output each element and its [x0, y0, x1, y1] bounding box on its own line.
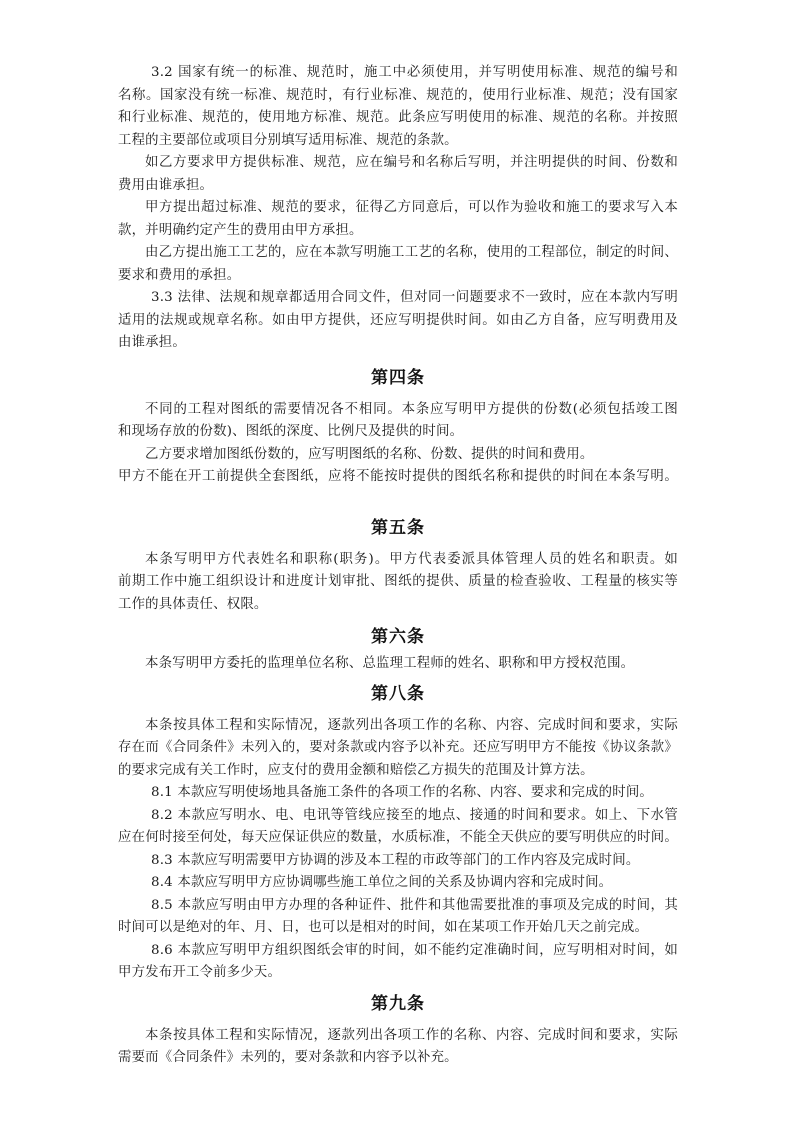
- text-line: 本条写明甲方代表姓名和职称(职务)。甲方代表委派具体管理人员的姓名和职责。如: [118, 549, 678, 572]
- text-line: 和现场存放的份数)、图纸的深度、比例尺及提供的时间。: [118, 421, 678, 444]
- article-4-body: 不同的工程对图纸的需要情况各不相同。本条应写明甲方提供的份数(必须包括竣工图 和…: [118, 399, 678, 489]
- paragraph-3-3: 3.3 法律、法规和规章都适用合同文件，但对同一问题要求不一致时，应在本款内写明…: [118, 287, 678, 355]
- article-8-heading: 第八条: [118, 681, 678, 707]
- text-line: 费用由谁承担。: [118, 175, 678, 198]
- text-line: 由谁承担。: [118, 332, 678, 355]
- document-page: 3.2 国家有统一的标准、规范时，施工中必须使用，并写明使用标准、规范的编号和 …: [118, 62, 678, 1070]
- paragraph: 本条写明甲方代表姓名和职称(职务)。甲方代表委派具体管理人员的姓名和职责。如 前…: [118, 549, 678, 617]
- text-line: 应在何时接至何处，每天应保证供应的数量，水质标准，不能全天供应的要写明供应的时间…: [118, 827, 678, 850]
- article-6-heading: 第六条: [118, 624, 678, 650]
- clause-8-4: 8.4 本款应写明甲方应协调哪些施工单位之间的关系及协调内容和完成时间。: [118, 872, 678, 895]
- text-line: 的要求完成有关工作时，应支付的费用金额和赔偿乙方损失的范围及计算方法。: [118, 760, 678, 783]
- paragraph: 不同的工程对图纸的需要情况各不相同。本条应写明甲方提供的份数(必须包括竣工图 和…: [118, 399, 678, 444]
- text-line: 8.2 本款应写明水、电、电讯等管线应接至的地点、接通的时间和要求。如上、下水管: [118, 805, 678, 828]
- text-line: 款，并明确约定产生的费用由甲方承担。: [118, 220, 678, 243]
- text-line: 工作的具体责任、权限。: [118, 594, 678, 617]
- article-9-body: 本条按具体工程和实际情况，逐款列出各项工作的名称、内容、完成时间和要求，实际 需…: [118, 1025, 678, 1070]
- clause-8-6: 8.6 本款应写明甲方组织图纸会审的时间，如不能约定准确时间，应写明相对时间，如…: [118, 940, 678, 985]
- text-line: 要求和费用的承担。: [118, 265, 678, 288]
- paragraph: 本条按具体工程和实际情况，逐款列出各项工作的名称、内容、完成时间和要求，实际 存…: [118, 715, 678, 783]
- text-line: 名称。国家没有统一标准、规范时，有行业标准、规范的，使用行业标准、规范；没有国家: [118, 85, 678, 108]
- text-line: 8.3 本款应写明需要甲方协调的涉及本工程的市政等部门的工作内容及完成时间。: [118, 850, 678, 873]
- paragraph-request-standards: 如乙方要求甲方提供标准、规范，应在编号和名称后写明，并注明提供的时间、份数和 费…: [118, 152, 678, 197]
- paragraph: 本条写明甲方委托的监理单位名称、总监理工程师的姓名、职称和甲方授权范围。: [118, 653, 678, 676]
- text-line: 3.3 法律、法规和规章都适用合同文件，但对同一问题要求不一致时，应在本款内写明: [118, 287, 678, 310]
- text-line: 甲方提出超过标准、规范的要求，征得乙方同意后，可以作为验收和施工的要求写入本: [118, 197, 678, 220]
- text-line: 存在而《合同条件》未列入的，要对条款或内容予以补充。还应写明甲方不能按《协议条款…: [118, 737, 678, 760]
- text-line: 需要而《合同条件》未列的，要对条款和内容予以补充。: [118, 1047, 678, 1070]
- paragraph: 乙方要求增加图纸份数的，应写明图纸的名称、份数、提供的时间和费用。: [118, 444, 678, 467]
- text-line: 如乙方要求甲方提供标准、规范，应在编号和名称后写明，并注明提供的时间、份数和: [118, 152, 678, 175]
- text-line: 8.6 本款应写明甲方组织图纸会审的时间，如不能约定准确时间，应写明相对时间，如: [118, 940, 678, 963]
- paragraph: 甲方不能在开工前提供全套图纸，应将不能按时提供的图纸名称和提供的时间在本条写明。: [118, 466, 678, 489]
- article-5-heading: 第五条: [118, 515, 678, 541]
- clause-8-1: 8.1 本款应写明使场地具备施工条件的各项工作的名称、内容、要求和完成的时间。: [118, 782, 678, 805]
- text-line: 本条写明甲方委托的监理单位名称、总监理工程师的姓名、职称和甲方授权范围。: [118, 653, 678, 676]
- section-3-continued: 3.2 国家有统一的标准、规范时，施工中必须使用，并写明使用标准、规范的编号和 …: [118, 62, 678, 355]
- paragraph: 本条按具体工程和实际情况，逐款列出各项工作的名称、内容、完成时间和要求，实际 需…: [118, 1025, 678, 1070]
- text-line: 和行业标准、规范的，使用地方标准、规范。此条应写明使用的标准、规范的名称。并按照: [118, 107, 678, 130]
- text-line: 本条按具体工程和实际情况，逐款列出各项工作的名称、内容、完成时间和要求，实际: [118, 1025, 678, 1048]
- text-line: 3.2 国家有统一的标准、规范时，施工中必须使用，并写明使用标准、规范的编号和: [118, 62, 678, 85]
- text-line: 甲方不能在开工前提供全套图纸，应将不能按时提供的图纸名称和提供的时间在本条写明。: [118, 466, 678, 489]
- text-line: 本条按具体工程和实际情况，逐款列出各项工作的名称、内容、完成时间和要求，实际: [118, 715, 678, 738]
- text-line: 8.5 本款应写明由甲方办理的各种证件、批件和其他需要批准的事项及完成的时间，其: [118, 895, 678, 918]
- clause-8-5: 8.5 本款应写明由甲方办理的各种证件、批件和其他需要批准的事项及完成的时间，其…: [118, 895, 678, 940]
- article-9-heading: 第九条: [118, 991, 678, 1017]
- article-6-body: 本条写明甲方委托的监理单位名称、总监理工程师的姓名、职称和甲方授权范围。: [118, 653, 678, 676]
- text-line: 适用的法规或规章名称。如由甲方提供，还应写明提供时间。如由乙方自备，应写明费用及: [118, 310, 678, 333]
- text-line: 前期工作中施工组织设计和进度计划审批、图纸的提供、质量的检查验收、工程量的核实等: [118, 571, 678, 594]
- article-5-body: 本条写明甲方代表姓名和职称(职务)。甲方代表委派具体管理人员的姓名和职责。如 前…: [118, 549, 678, 617]
- text-line: 乙方要求增加图纸份数的，应写明图纸的名称、份数、提供的时间和费用。: [118, 444, 678, 467]
- article-8-body: 本条按具体工程和实际情况，逐款列出各项工作的名称、内容、完成时间和要求，实际 存…: [118, 715, 678, 985]
- paragraph-exceed-standards: 甲方提出超过标准、规范的要求，征得乙方同意后，可以作为验收和施工的要求写入本 款…: [118, 197, 678, 242]
- clause-8-2: 8.2 本款应写明水、电、电讯等管线应接至的地点、接通的时间和要求。如上、下水管…: [118, 805, 678, 850]
- text-line: 由乙方提出施工工艺的，应在本款写明施工工艺的名称，使用的工程部位，制定的时间、: [118, 242, 678, 265]
- text-line: 时间可以是绝对的年、月、日，也可以是相对的时间，如在某项工作开始几天之前完成。: [118, 917, 678, 940]
- text-line: 工程的主要部位或项目分别填写适用标准、规范的条款。: [118, 130, 678, 153]
- article-4-heading: 第四条: [118, 365, 678, 391]
- paragraph-3-2: 3.2 国家有统一的标准、规范时，施工中必须使用，并写明使用标准、规范的编号和 …: [118, 62, 678, 152]
- text-line: 甲方发布开工令前多少天。: [118, 962, 678, 985]
- text-line: 8.4 本款应写明甲方应协调哪些施工单位之间的关系及协调内容和完成时间。: [118, 872, 678, 895]
- clause-8-3: 8.3 本款应写明需要甲方协调的涉及本工程的市政等部门的工作内容及完成时间。: [118, 850, 678, 873]
- text-line: 不同的工程对图纸的需要情况各不相同。本条应写明甲方提供的份数(必须包括竣工图: [118, 399, 678, 422]
- paragraph-construction-process: 由乙方提出施工工艺的，应在本款写明施工工艺的名称，使用的工程部位，制定的时间、 …: [118, 242, 678, 287]
- text-line: 8.1 本款应写明使场地具备施工条件的各项工作的名称、内容、要求和完成的时间。: [118, 782, 678, 805]
